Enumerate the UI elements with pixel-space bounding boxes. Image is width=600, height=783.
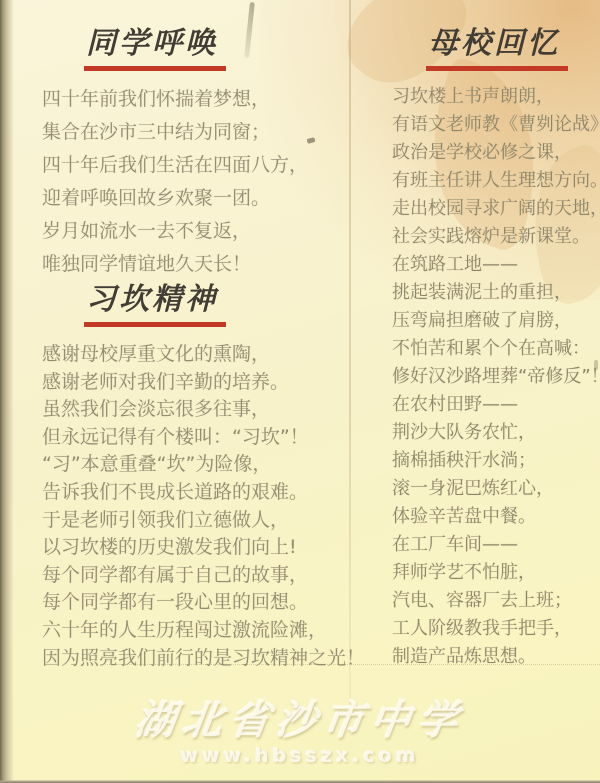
scanned-page: 同学呼唤四十年前我们怀揣着梦想，集合在沙市三中结为同窗；四十年后我们生活在四面八… (0, 0, 600, 783)
section-title: 同学呼唤 (84, 27, 226, 71)
poem-line: 汽电、容器厂去上班； (392, 587, 598, 615)
poem-line: 集合在沙市三中结为同窗； (42, 116, 344, 149)
poem-line: “习”本意重叠“坎”为险像， (42, 451, 344, 479)
poem-lines: 感谢母校厚重文化的熏陶，感谢老师对我们辛勤的培养。虽然我们会淡忘很多往事，但永远… (42, 341, 344, 672)
poem-section: 母校回忆习坎楼上书声朗朗，有语文老师教《曹刿论战》；政治是学校必修之课，有班主任… (392, 0, 598, 671)
poem-line: 有班主任讲人生理想方向。 (392, 167, 598, 195)
poem-line: 以习坎楼的历史激发我们向上! (42, 534, 344, 562)
poem-line: 迎着呼唤回故乡欢聚一团。 (42, 182, 344, 215)
poem-line: 荆沙大队务农忙， (392, 419, 598, 447)
poem-line: 修好汉沙路埋葬“帝修反”！ (392, 363, 598, 391)
poem-line: 每个同学都有属于自己的故事， (42, 562, 344, 590)
school-website-watermark: www.hbsszx.com (0, 745, 600, 767)
poem-line: 唯独同学情谊地久天长！ (42, 248, 344, 281)
section-title: 习坎精神 (84, 283, 226, 327)
section-title: 母校回忆 (426, 27, 568, 71)
poem-lines: 四十年前我们怀揣着梦想，集合在沙市三中结为同窗；四十年后我们生活在四面八方，迎着… (42, 83, 344, 281)
poem-line: 感谢母校厚重文化的熏陶， (42, 341, 344, 369)
poem-line: 虽然我们会淡忘很多往事， (42, 396, 344, 424)
column-left: 同学呼唤四十年前我们怀揣着梦想，集合在沙市三中结为同窗；四十年后我们生活在四面八… (42, 0, 344, 672)
poem-line: 因为照亮我们前行的是习坎精神之光！ (42, 645, 344, 673)
scan-edge-left (0, 0, 14, 783)
poem-line: 走出校园寻求广阔的天地， (392, 195, 598, 223)
column-right: 母校回忆习坎楼上书声朗朗，有语文老师教《曹刿论战》；政治是学校必修之课，有班主任… (392, 0, 598, 671)
section-header: 习坎精神 (84, 283, 344, 327)
poem-section: 同学呼唤四十年前我们怀揣着梦想，集合在沙市三中结为同窗；四十年后我们生活在四面八… (42, 0, 344, 281)
poem-line: 摘棉插秧汗水淌； (392, 447, 598, 475)
poem-line: 在工厂车间—— (392, 531, 598, 559)
poem-line: 在筑路工地—— (392, 251, 598, 279)
poem-line: 习坎楼上书声朗朗， (392, 83, 598, 111)
poem-line: 滚一身泥巴炼红心， (392, 475, 598, 503)
section-header: 母校回忆 (426, 27, 598, 71)
poem-line: 但永远记得有个楼叫：“习坎”！ (42, 424, 344, 452)
section-header: 同学呼唤 (84, 27, 344, 71)
poem-line: 岁月如流水一去不复返， (42, 215, 344, 248)
poem-line: 告诉我们不畏成长道路的艰难。 (42, 479, 344, 507)
poem-lines: 习坎楼上书声朗朗，有语文老师教《曹刿论战》；政治是学校必修之课，有班主任讲人生理… (392, 83, 598, 671)
poem-line: 体验辛苦盘中餐。 (392, 503, 598, 531)
poem-line: 制造产品炼思想。 (392, 643, 598, 671)
column-divider-line (349, 0, 351, 704)
poem-line: 在农村田野—— (392, 391, 598, 419)
poem-line: 工人阶级教我手把手， (392, 615, 598, 643)
poem-line: 压弯扁担磨破了肩膀， (392, 307, 598, 335)
poem-line: 感谢老师对我们辛勤的培养。 (42, 369, 344, 397)
poem-line: 每个同学都有一段心里的回想。 (42, 589, 344, 617)
poem-section: 习坎精神感谢母校厚重文化的熏陶，感谢老师对我们辛勤的培养。虽然我们会淡忘很多往事… (42, 283, 344, 672)
poem-line: 不怕苦和累个个在高喊： (392, 335, 598, 363)
poem-line: 挑起装满泥土的重担， (392, 279, 598, 307)
poem-line: 社会实践熔炉是新课堂。 (392, 223, 598, 251)
school-name-watermark: 湖北省沙市中学 (0, 698, 600, 744)
poem-line: 拜师学艺不怕脏， (392, 559, 598, 587)
school-watermark: 湖北省沙市中学 www.hbsszx.com (0, 698, 600, 767)
poem-line: 四十年前我们怀揣着梦想， (42, 83, 344, 116)
poem-line: 四十年后我们生活在四面八方， (42, 149, 344, 182)
poem-line: 于是老师引领我们立德做人， (42, 507, 344, 535)
poem-line: 政治是学校必修之课， (392, 139, 598, 167)
poem-line: 有语文老师教《曹刿论战》； (392, 111, 598, 139)
poem-line: 六十年的人生历程闯过激流险滩， (42, 617, 344, 645)
